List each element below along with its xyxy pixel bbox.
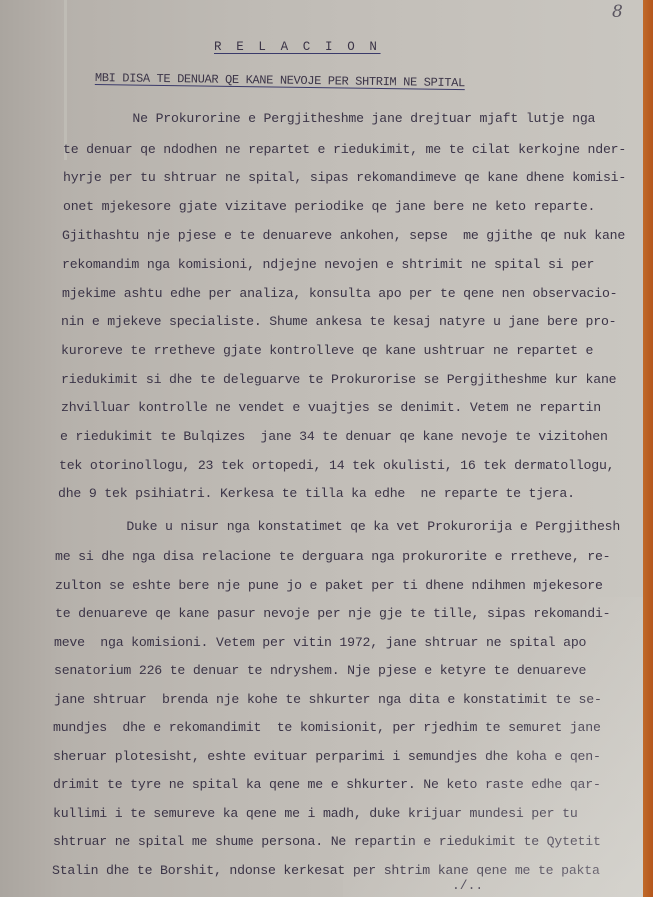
body-line: sheruar plotesisht, eshte evituar perpar…	[53, 749, 601, 764]
page-number: 8	[612, 2, 623, 22]
body-line: rekomandim nga komisioni, ndjejne nevoje…	[62, 257, 594, 272]
body-line: kullimi i te semureve ka qene me i madh,…	[53, 806, 578, 821]
body-line: Duke u nisur nga konstatimet qe ka vet P…	[57, 519, 620, 534]
document-title: R E L A C I O N	[214, 40, 381, 54]
body-line: onet mjekesore gjate vizitave periodike …	[63, 199, 595, 214]
body-line: Gjithashtu nje pjese e te denuareve anko…	[62, 228, 625, 243]
body-line: shtruar ne spital me shume persona. Ne r…	[53, 834, 601, 849]
body-line: zulton se eshte bere nje pune jo e paket…	[55, 578, 603, 593]
body-line: mjekime ashtu edhe per analiza, konsulta…	[62, 286, 617, 301]
body-line: senatorium 226 te denuar te ndryshem. Nj…	[54, 663, 586, 678]
body-line: zhvilluar kontrolle ne vendet e vuajtjes…	[61, 400, 601, 415]
body-line: drimit te tyre ne spital ka qene me e sh…	[53, 777, 601, 792]
body-line: kuroreve te rretheve gjate kontrolleve q…	[61, 343, 593, 358]
continuation-mark: ./..	[452, 878, 483, 893]
body-line: te denuar qe ndodhen ne repartet e riedu…	[63, 142, 626, 157]
body-line: Stalin dhe te Borshit, ndonse kerkesat p…	[52, 863, 600, 878]
body-line: Ne Prokurorine e Pergjitheshme jane drej…	[63, 111, 595, 126]
body-line: meve nga komisioni. Vetem per vitin 1972…	[54, 635, 586, 650]
body-line: me si dhe nga disa relacione te derguara…	[55, 549, 610, 564]
body-line: dhe 9 tek psihiatri. Kerkesa te tilla ka…	[58, 486, 575, 501]
binding-edge	[643, 0, 653, 897]
body-line: riedukimit si dhe te deleguarve te Proku…	[61, 372, 616, 387]
body-line: mundjes dhe e rekomandimit te komisionit…	[53, 720, 601, 735]
body-line: te denuareve qe kane pasur nevoje per nj…	[55, 606, 610, 621]
body-line: nin e mjekeve specialiste. Shume ankesa …	[61, 314, 616, 329]
body-line: e riedukimit te Bulqizes jane 34 te denu…	[60, 429, 608, 444]
document-subtitle: MBI DISA TE DENUAR QE KANE NEVOJE PER SH…	[95, 71, 465, 90]
document-page: 8 R E L A C I O N MBI DISA TE DENUAR QE …	[0, 0, 643, 897]
body-line: hyrje per tu shtruar ne spital, sipas re…	[63, 170, 626, 185]
body-line: jane shtruar brenda nje kohe te shkurter…	[54, 692, 602, 707]
body-line: tek otorinollogu, 23 tek ortopedi, 14 te…	[59, 458, 614, 473]
